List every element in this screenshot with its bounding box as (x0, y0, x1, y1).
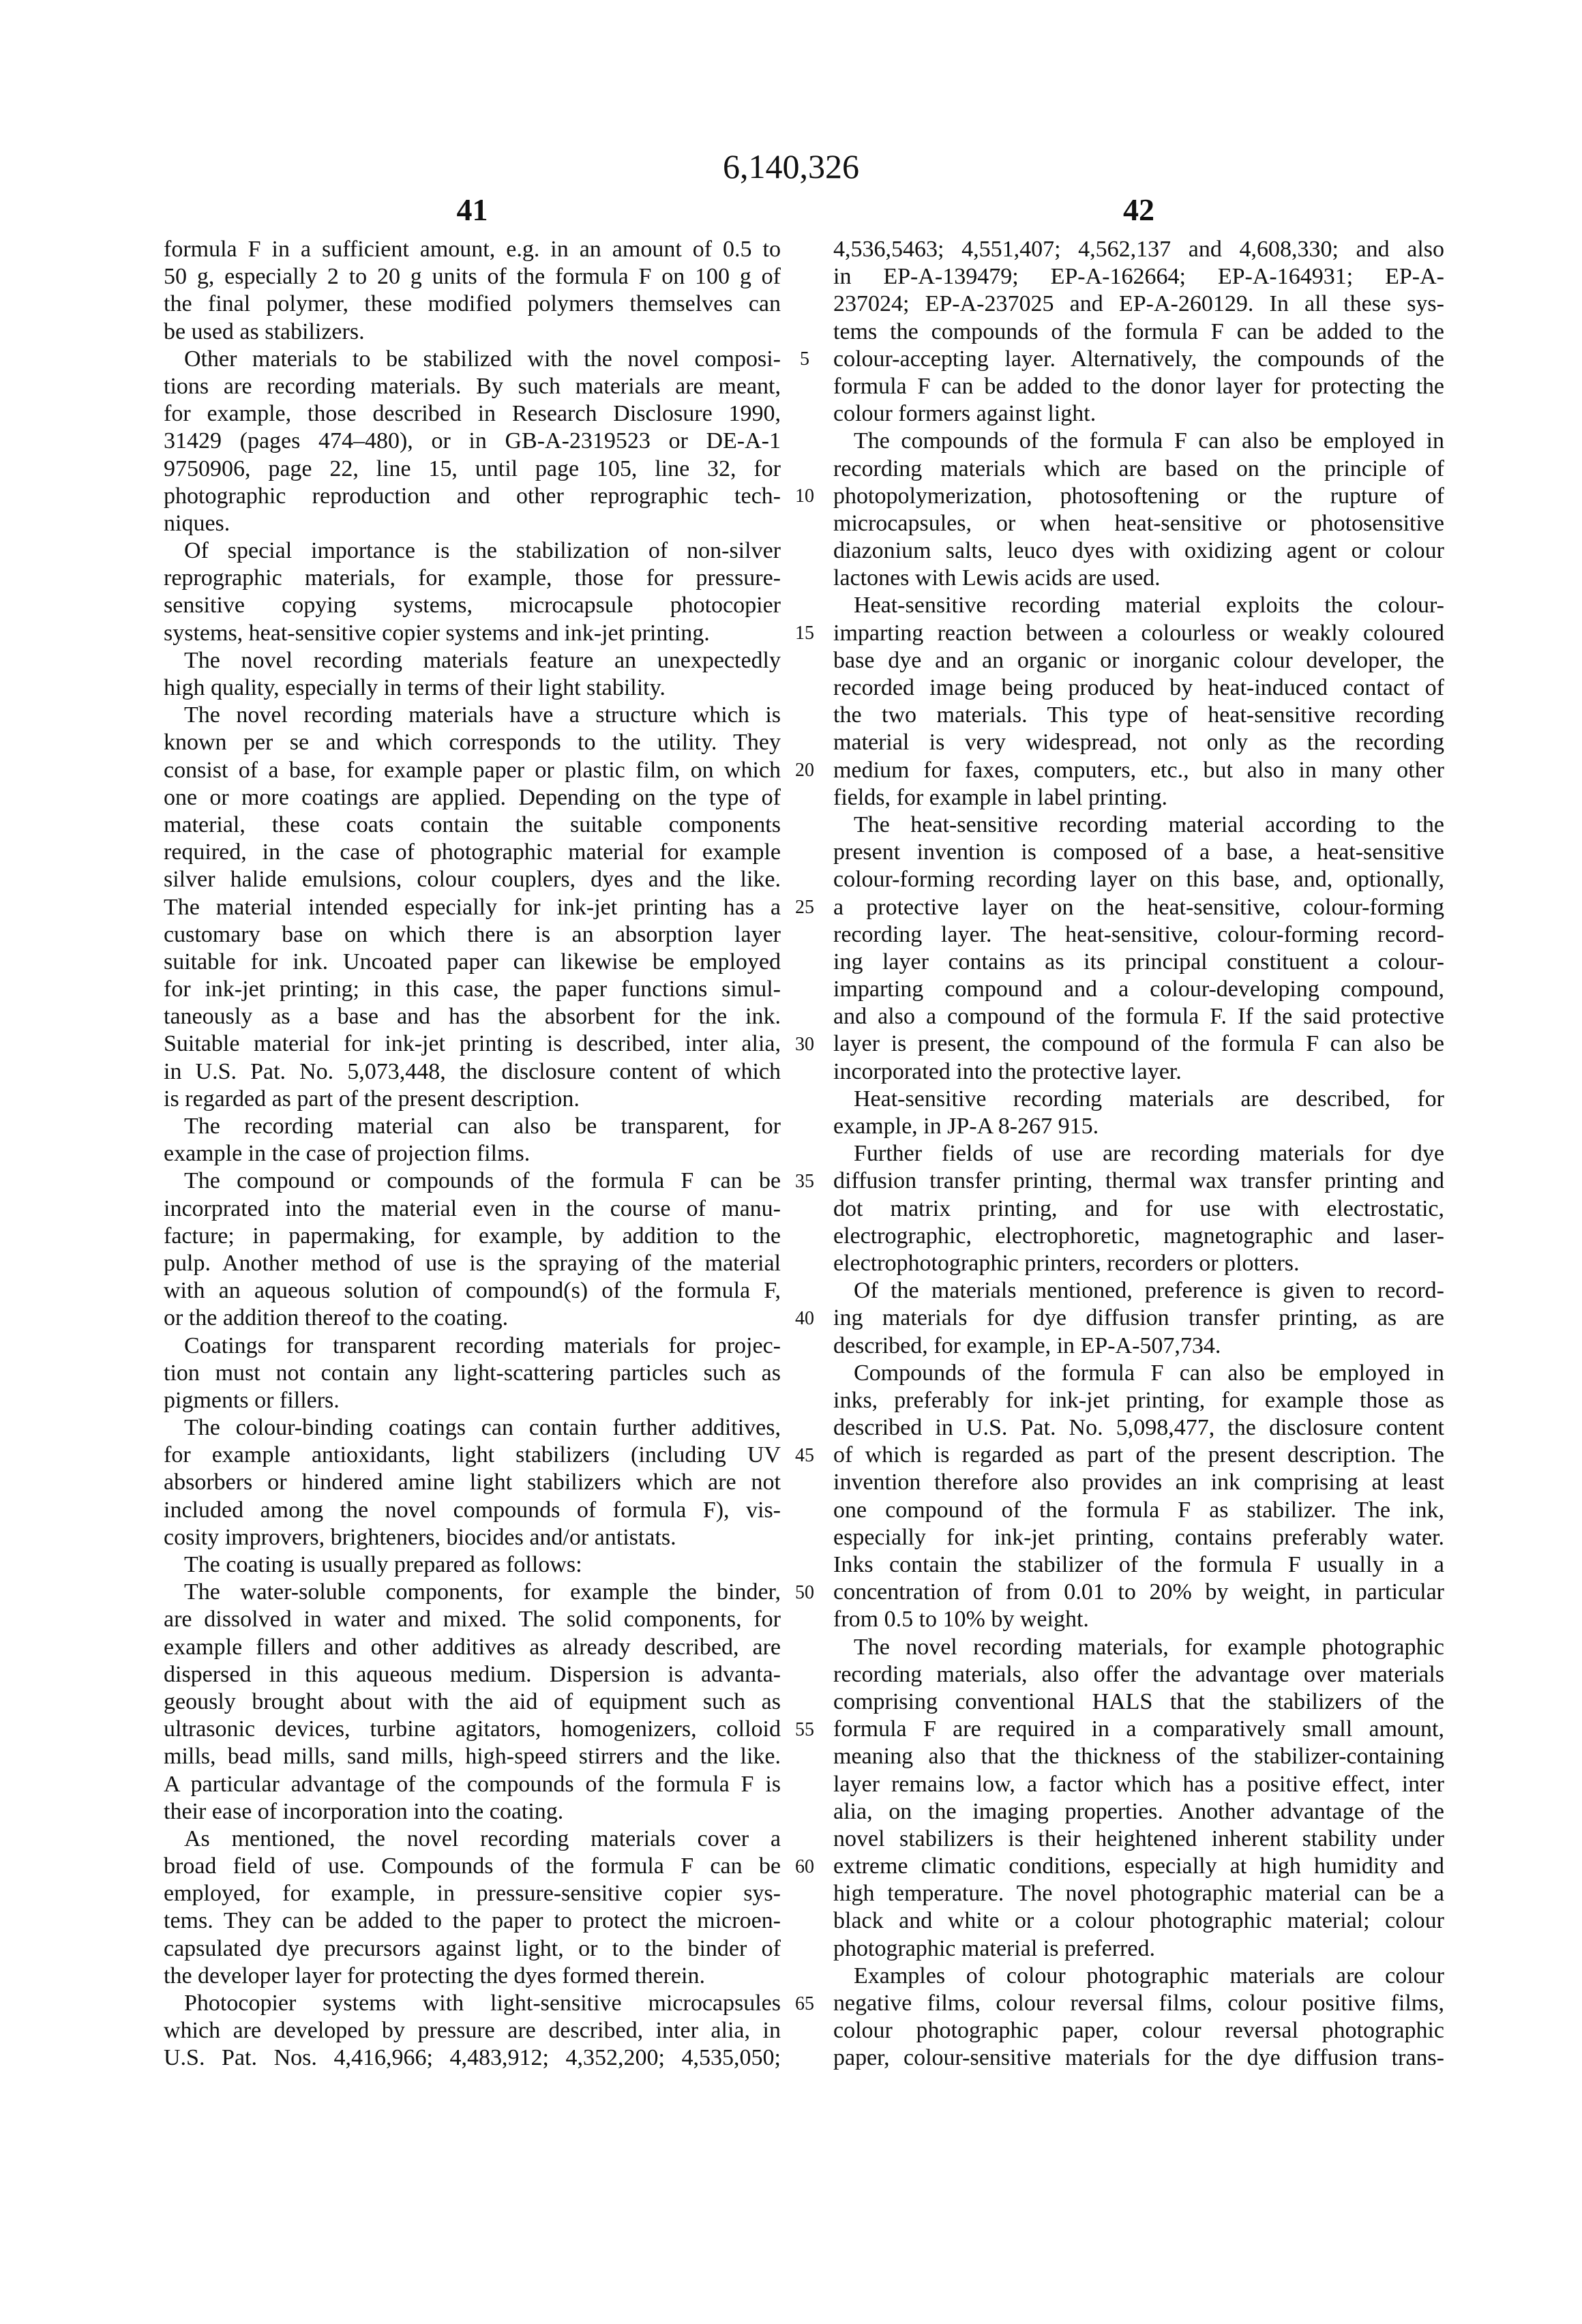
text-line: The recording material can also be trans… (164, 1113, 781, 1140)
line-number: 50 (784, 1579, 825, 1607)
text-line: novel stabilizers is their heightened in… (833, 1826, 1444, 1853)
text-line: known per se and which corresponds to th… (164, 729, 781, 756)
text-line: base dye and an organic or inorganic col… (833, 647, 1444, 674)
text-line: for example, those described in Research… (164, 400, 781, 428)
text-line: niques. (164, 510, 781, 537)
text-line: present invention is composed of a base,… (833, 839, 1444, 866)
text-line: colour-accepting layer. Alternatively, t… (833, 346, 1444, 373)
text-line: be used as stabilizers. (164, 318, 781, 346)
line-number: 40 (784, 1305, 825, 1332)
text-line: The material intended especially for ink… (164, 894, 781, 921)
text-line: The novel recording materials, for examp… (833, 1634, 1444, 1661)
text-line: one or more coatings are applied. Depend… (164, 784, 781, 811)
text-line: incorprated into the material even in th… (164, 1195, 781, 1223)
text-line: are dissolved in water and mixed. The so… (164, 1606, 781, 1633)
text-line: customary base on which there is an abso… (164, 921, 781, 949)
text-line: The novel recording materials feature an… (164, 647, 781, 674)
text-line: lactones with Lewis acids are used. (833, 565, 1444, 592)
text-line: which are developed by pressure are desc… (164, 2017, 781, 2044)
text-line: formula F are required in a comparativel… (833, 1716, 1444, 1743)
text-line: A particular advantage of the compounds … (164, 1771, 781, 1798)
text-line: their ease of incorporation into the coa… (164, 1798, 781, 1826)
text-line: The water-soluble components, for exampl… (164, 1579, 781, 1606)
text-line: tions are recording materials. By such m… (164, 373, 781, 400)
text-line: pigments or fillers. (164, 1387, 781, 1414)
text-line: colour formers against light. (833, 400, 1444, 428)
text-line: formula F in a sufficient amount, e.g. i… (164, 236, 781, 263)
text-line: Inks contain the stabilizer of the formu… (833, 1551, 1444, 1579)
text-line: comprising conventional HALS that the st… (833, 1688, 1444, 1716)
text-line: geously brought about with the aid of eq… (164, 1688, 781, 1716)
text-line: As mentioned, the novel recording materi… (164, 1826, 781, 1853)
text-line: recording layer. The heat-sensitive, col… (833, 921, 1444, 949)
text-line: silver halide emulsions, colour couplers… (164, 866, 781, 893)
text-line: dot matrix printing, and for use with el… (833, 1195, 1444, 1223)
text-line: The novel recording materials have a str… (164, 702, 781, 729)
text-line: ultrasonic devices, turbine agitators, h… (164, 1716, 781, 1743)
left-column: formula F in a sufficient amount, e.g. i… (164, 236, 781, 2072)
text-line: fields, for example in label printing. (833, 784, 1444, 811)
text-line: Heat-sensitive recording materials are d… (833, 1086, 1444, 1113)
text-line: photographic reproduction and other repr… (164, 483, 781, 510)
text-line: pulp. Another method of use is the spray… (164, 1250, 781, 1277)
text-line: layer remains low, a factor which has a … (833, 1771, 1444, 1798)
text-line: U.S. Pat. Nos. 4,416,966; 4,483,912; 4,3… (164, 2044, 781, 2072)
text-line: electrophotographic printers, recorders … (833, 1250, 1444, 1277)
text-line: inks, preferably for ink-jet printing, f… (833, 1387, 1444, 1414)
text-line: photopolymerization, photosoftening or t… (833, 483, 1444, 510)
text-line: required, in the case of photographic ma… (164, 839, 781, 866)
text-line: included among the novel compounds of fo… (164, 1497, 781, 1524)
line-number: 20 (784, 757, 825, 784)
text-line: facture; in papermaking, for example, by… (164, 1223, 781, 1250)
text-line: with an aqueous solution of compound(s) … (164, 1277, 781, 1305)
text-line: recorded image being produced by heat-in… (833, 674, 1444, 702)
line-number: 15 (784, 620, 825, 647)
text-line: layer is present, the compound of the fo… (833, 1030, 1444, 1058)
line-number: 55 (784, 1716, 825, 1744)
line-number: 30 (784, 1031, 825, 1058)
text-line: The colour-binding coatings can contain … (164, 1414, 781, 1442)
text-line: extreme climatic conditions, especially … (833, 1853, 1444, 1880)
line-number: 10 (784, 483, 825, 510)
line-number: 45 (784, 1442, 825, 1470)
text-line: The heat-sensitive recording material ac… (833, 811, 1444, 839)
text-line: recording materials, also offer the adva… (833, 1661, 1444, 1688)
text-line: 237024; EP-A-237025 and EP-A-260129. In … (833, 290, 1444, 318)
text-line: negative films, colour reversal films, c… (833, 1990, 1444, 2017)
text-line: 9750906, page 22, line 15, until page 10… (164, 456, 781, 483)
text-line: ing layer contains as its principal cons… (833, 949, 1444, 976)
text-line: described, for example, in EP-A-507,734. (833, 1332, 1444, 1360)
text-line: high temperature. The novel photographic… (833, 1880, 1444, 1907)
line-number: 25 (784, 894, 825, 921)
text-line: broad field of use. Compounds of the for… (164, 1853, 781, 1880)
text-line: colour photographic paper, colour revers… (833, 2017, 1444, 2044)
text-line: absorbers or hindered amine light stabil… (164, 1469, 781, 1496)
text-line: Heat-sensitive recording material exploi… (833, 592, 1444, 619)
text-line: photographic material is preferred. (833, 1935, 1444, 1963)
text-line: suitable for ink. Uncoated paper can lik… (164, 949, 781, 976)
text-line: described in U.S. Pat. No. 5,098,477, th… (833, 1414, 1444, 1442)
text-line: of which is regarded as part of the pres… (833, 1442, 1444, 1469)
text-line: Coatings for transparent recording mater… (164, 1332, 781, 1360)
text-line: in U.S. Pat. No. 5,073,448, the disclosu… (164, 1058, 781, 1086)
text-line: the two materials. This type of heat-sen… (833, 702, 1444, 729)
text-line: concentration of from 0.01 to 20% by wei… (833, 1579, 1444, 1606)
text-line: especially for ink-jet printing, contain… (833, 1524, 1444, 1551)
text-line: tems. They can be added to the paper to … (164, 1907, 781, 1935)
text-line: diazonium salts, leuco dyes with oxidizi… (833, 537, 1444, 565)
text-line: mills, bead mills, sand mills, high-spee… (164, 1743, 781, 1770)
text-line: tems the compounds of the formula F can … (833, 318, 1444, 346)
text-line: tion must not contain any light-scatteri… (164, 1360, 781, 1387)
text-line: from 0.5 to 10% by weight. (833, 1606, 1444, 1633)
text-line: 50 g, especially 2 to 20 g units of the … (164, 263, 781, 290)
page-number-left: 41 (164, 191, 781, 229)
text-line: or the addition thereof to the coating. (164, 1305, 781, 1332)
text-line: Of special importance is the stabilizati… (164, 537, 781, 565)
text-line: electrographic, electrophoretic, magneto… (833, 1223, 1444, 1250)
text-line: imparting compound and a colour-developi… (833, 976, 1444, 1003)
text-line: for ink-jet printing; in this case, the … (164, 976, 781, 1003)
text-line: cosity improvers, brighteners, biocides … (164, 1524, 781, 1551)
text-line: meaning also that the thickness of the s… (833, 1743, 1444, 1770)
text-line: Further fields of use are recording mate… (833, 1140, 1444, 1167)
text-line: systems, heat-sensitive copier systems a… (164, 620, 781, 647)
text-line: The compounds of the formula F can also … (833, 428, 1444, 455)
text-line: black and white or a colour photographic… (833, 1907, 1444, 1935)
page-number-right: 42 (833, 191, 1444, 229)
text-line: is regarded as part of the present descr… (164, 1086, 781, 1113)
text-line: ing materials for dye diffusion transfer… (833, 1305, 1444, 1332)
text-line: capsulated dye precursors against light,… (164, 1935, 781, 1963)
text-line: example fillers and other additives as a… (164, 1634, 781, 1661)
text-line: consist of a base, for example paper or … (164, 757, 781, 784)
text-line: 4,536,5463; 4,551,407; 4,562,137 and 4,6… (833, 236, 1444, 263)
text-line: recording materials which are based on t… (833, 456, 1444, 483)
line-number: 65 (784, 1991, 825, 2018)
text-line: material is very widespread, not only as… (833, 729, 1444, 756)
text-line: colour-forming recording layer on this b… (833, 866, 1444, 893)
text-line: imparting reaction between a colourless … (833, 620, 1444, 647)
text-line: high quality, especially in terms of the… (164, 674, 781, 702)
right-column: 4,536,5463; 4,551,407; 4,562,137 and 4,6… (833, 236, 1444, 2072)
text-line: alia, on the imaging properties. Another… (833, 1798, 1444, 1826)
text-line: diffusion transfer printing, thermal wax… (833, 1167, 1444, 1195)
line-number: 5 (784, 346, 825, 373)
text-line: taneously as a base and has the absorben… (164, 1003, 781, 1030)
text-line: example in the case of projection films. (164, 1140, 781, 1167)
text-line: The compound or compounds of the formula… (164, 1167, 781, 1195)
line-number: 60 (784, 1853, 825, 1881)
text-line: the developer layer for protecting the d… (164, 1963, 781, 1990)
text-line: reprographic materials, for example, tho… (164, 565, 781, 592)
text-line: dispersed in this aqueous medium. Disper… (164, 1661, 781, 1688)
text-line: one compound of the formula F as stabili… (833, 1497, 1444, 1524)
text-line: Examples of colour photographic material… (833, 1963, 1444, 1990)
text-line: example, in JP-A 8-267 915. (833, 1113, 1444, 1140)
text-line: invention therefore also provides an ink… (833, 1469, 1444, 1496)
text-line: The coating is usually prepared as follo… (164, 1551, 781, 1579)
text-line: and also a compound of the formula F. If… (833, 1003, 1444, 1030)
text-line: employed, for example, in pressure-sensi… (164, 1880, 781, 1907)
text-line: a protective layer on the heat-sensitive… (833, 894, 1444, 921)
line-number: 35 (784, 1168, 825, 1195)
text-line: medium for faxes, computers, etc., but a… (833, 757, 1444, 784)
text-line: Of the materials mentioned, preference i… (833, 1277, 1444, 1305)
text-line: paper, colour-sensitive materials for th… (833, 2044, 1444, 2072)
text-line: for example antioxidants, light stabiliz… (164, 1442, 781, 1469)
text-line: incorporated into the protective layer. (833, 1058, 1444, 1086)
text-line: Photocopier systems with light-sensitive… (164, 1990, 781, 2017)
text-line: sensitive copying systems, microcapsule … (164, 592, 781, 619)
text-line: in EP-A-139479; EP-A-162664; EP-A-164931… (833, 263, 1444, 290)
text-line: Compounds of the formula F can also be e… (833, 1360, 1444, 1387)
text-line: the final polymer, these modified polyme… (164, 290, 781, 318)
text-line: material, these coats contain the suitab… (164, 811, 781, 839)
text-line: 31429 (pages 474–480), or in GB-A-231952… (164, 428, 781, 455)
text-line: Other materials to be stabilized with th… (164, 346, 781, 373)
text-line: Suitable material for ink-jet printing i… (164, 1030, 781, 1058)
text-line: formula F can be added to the donor laye… (833, 373, 1444, 400)
text-line: microcapsules, or when heat-sensitive or… (833, 510, 1444, 537)
patent-number: 6,140,326 (0, 146, 1582, 187)
